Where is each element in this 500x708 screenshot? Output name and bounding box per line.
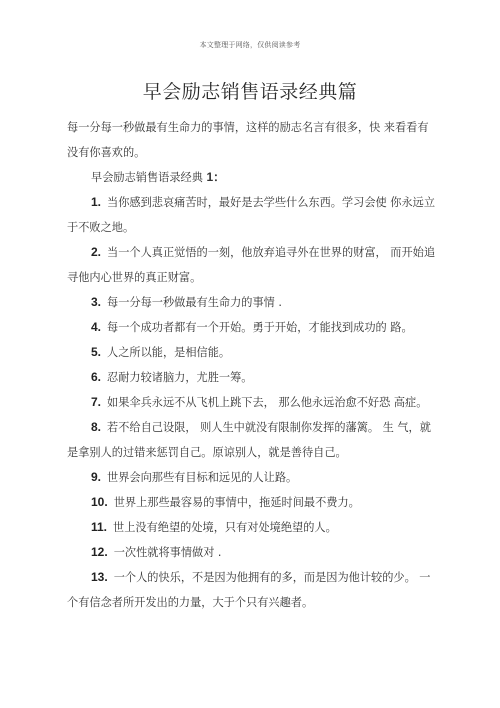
section-heading: 早会励志销售语录经典 1： [67,165,437,190]
item-number: 9. [91,470,101,484]
item-number: 1. [91,195,101,209]
item-text: 每一分每一秒做最有生命力的事情 . [107,296,282,309]
item-text: 每一个成功者都有一个开始。勇于开始，才能找到成功的 路。 [107,321,413,334]
document-body: 每一分每一秒做最有生命力的事情，这样的励志名言有很多，快 来看看有没有你喜欢的。… [67,115,437,615]
section-heading-number: 1： [206,170,225,184]
item-text: 若不给自己设限， 则人生中就没有限制你发挥的藩篱。 生 气，就是拿别人的过错来惩… [67,421,431,459]
list-item: 9.世界会向那些有目标和远见的人让路。 [67,465,437,490]
list-item: 5.人之所以能，是相信能。 [67,340,437,365]
item-text: 如果伞兵永远不从飞机上跳下去， 那么他永远治愈不好恐 高症。 [107,396,427,409]
item-number: 10. [91,495,108,509]
item-number: 7. [91,395,101,409]
item-text: 忍耐力较诸脑力，尤胜一筹。 [107,371,252,384]
list-item: 11.世上没有绝望的处境，只有对处境绝望的人。 [67,515,437,540]
item-number: 13. [91,570,108,584]
item-text: 世上没有绝望的处境，只有对处境绝望的人。 [113,521,337,534]
item-text: 一次性就将事情做对 . [114,546,222,559]
document-title: 早会励志销售语录经典篇 [0,77,500,104]
item-text: 世界上那些最容易的事情中，拖延时间最不费力。 [114,496,360,509]
item-number: 12. [91,545,108,559]
list-item: 8.若不给自己设限， 则人生中就没有限制你发挥的藩篱。 生 气，就是拿别人的过错… [67,415,437,465]
item-text: 世界会向那些有目标和远见的人让路。 [107,471,297,484]
item-number: 5. [91,345,101,359]
document-page: 本文整理于网络，仅供阅读参考 早会励志销售语录经典篇 每一分每一秒做最有生命力的… [0,0,500,708]
list-item: 1.当你感到悲哀痛苦时，最好是去学些什么东西。学习会使 你永远立于不败之地。 [67,190,437,240]
list-item: 3.每一分每一秒做最有生命力的事情 . [67,290,437,315]
item-text: 一个人的快乐，不是因为他拥有的多，而是因为他计较的少。 一个有信念者所开发出的力… [67,571,431,609]
item-number: 8. [91,420,101,434]
list-item: 12.一次性就将事情做对 . [67,540,437,565]
item-text: 当你感到悲哀痛苦时，最好是去学些什么东西。学习会使 你永远立于不败之地。 [67,196,435,234]
item-number: 2. [91,245,101,259]
list-item: 13.一个人的快乐，不是因为他拥有的多，而是因为他计较的少。 一个有信念者所开发… [67,565,437,615]
header-note: 本文整理于网络，仅供阅读参考 [0,40,500,50]
list-item: 6.忍耐力较诸脑力，尤胜一筹。 [67,365,437,390]
item-text: 人之所以能，是相信能。 [107,346,230,359]
item-text: 当一个人真正觉悟的一刻，他放弃追寻外在世界的财富， 而开始追寻他内心世界的真正财… [67,246,435,284]
intro-paragraph: 每一分每一秒做最有生命力的事情，这样的励志名言有很多，快 来看看有没有你喜欢的。 [67,115,437,165]
list-item: 2.当一个人真正觉悟的一刻，他放弃追寻外在世界的财富， 而开始追寻他内心世界的真… [67,240,437,290]
item-number: 6. [91,370,101,384]
list-item: 4.每一个成功者都有一个开始。勇于开始，才能找到成功的 路。 [67,315,437,340]
section-heading-text: 早会励志销售语录经典 [91,171,203,184]
list-item: 7.如果伞兵永远不从飞机上跳下去， 那么他永远治愈不好恐 高症。 [67,390,437,415]
item-number: 4. [91,320,101,334]
list-item: 10.世界上那些最容易的事情中，拖延时间最不费力。 [67,490,437,515]
item-number: 3. [91,295,101,309]
item-number: 11. [91,520,107,534]
